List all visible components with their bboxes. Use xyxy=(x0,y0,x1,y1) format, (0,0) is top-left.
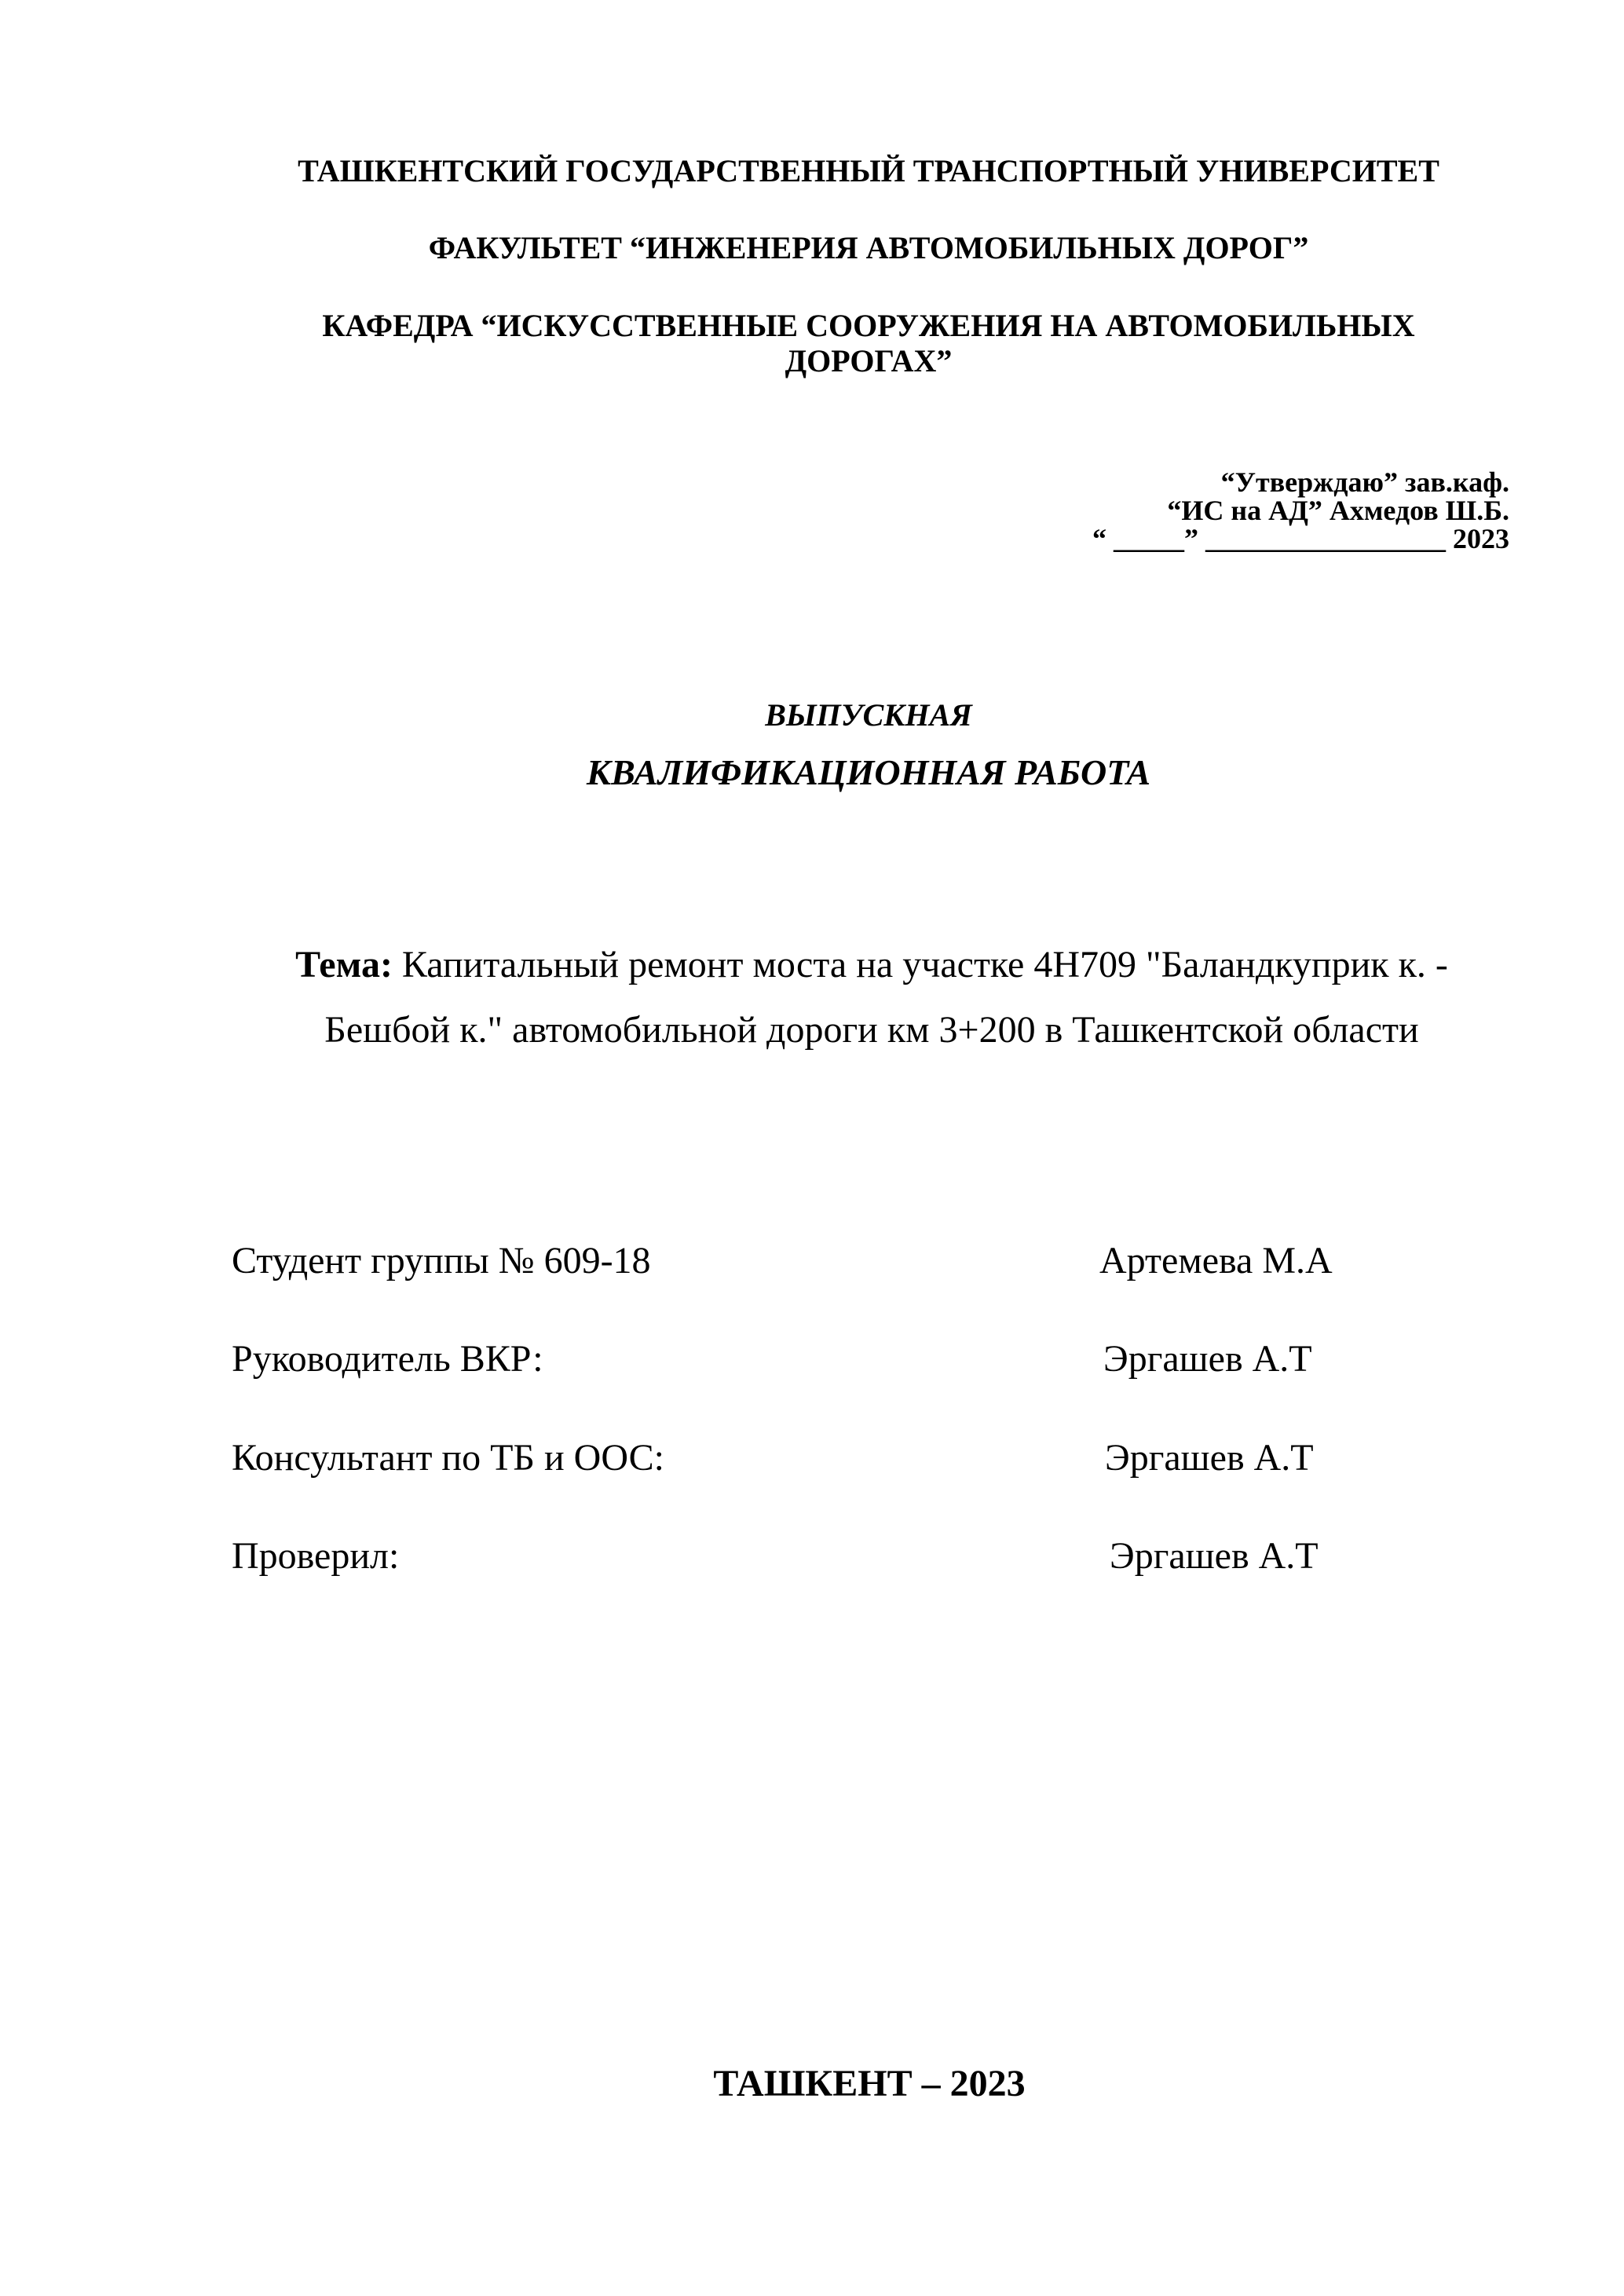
signature-name-reviewer: Эргашев А.Т xyxy=(1110,1537,1319,1575)
faculty-name: ФАКУЛЬТЕТ “ИНЖЕНЕРИЯ АВТОМОБИЛЬНЫХ ДОРОГ… xyxy=(0,232,1624,264)
approval-line-approve: “Утверждаю” зав.каф. xyxy=(1092,468,1509,496)
footer-city-year: ТАШКЕНТ – 2023 xyxy=(0,2065,1624,2103)
topic-label: Тема: xyxy=(295,944,393,985)
topic-text: Капитальный ремонт моста на участке 4Н70… xyxy=(324,944,1448,1051)
signature-name-student: Артемева М.А xyxy=(1099,1242,1333,1280)
document-type-line1: ВЫПУСКНАЯ xyxy=(0,700,1624,731)
department-name-line2: ДОРОГАХ” xyxy=(0,343,1624,378)
university-name: ТАШКЕНТСКИЙ ГОСУДАРСТВЕННЫЙ ТРАНСПОРТНЫЙ… xyxy=(0,155,1624,187)
topic: Тема: Капитальный ремонт моста на участк… xyxy=(236,932,1508,1062)
department-name-line1: КАФЕДРА “ИСКУССТВЕННЫЕ СООРУЖЕНИЯ НА АВТ… xyxy=(0,308,1624,343)
department-name: КАФЕДРА “ИСКУССТВЕННЫЕ СООРУЖЕНИЯ НА АВТ… xyxy=(0,308,1624,378)
signature-role-supervisor: Руководитель ВКР: xyxy=(232,1340,543,1378)
signature-name-supervisor: Эргашев А.Т xyxy=(1103,1340,1312,1378)
document-type-line2: КВАЛИФИКАЦИОННАЯ РАБОТА xyxy=(0,755,1624,791)
signature-role-reviewer: Проверил: xyxy=(232,1537,399,1575)
signature-role-student: Студент группы № 609-18 xyxy=(232,1242,651,1280)
approval-line-head: “ИС на АД” Ахмедов Ш.Б. xyxy=(1092,496,1509,525)
signature-role-consultant: Консультант по ТБ и ООС: xyxy=(232,1439,664,1477)
approval-block: “Утверждаю” зав.каф. “ИС на АД” Ахмедов … xyxy=(1092,468,1509,553)
approval-line-date: “ _____” _________________ 2023 xyxy=(1092,525,1509,553)
signature-name-consultant: Эргашев А.Т xyxy=(1105,1439,1314,1477)
